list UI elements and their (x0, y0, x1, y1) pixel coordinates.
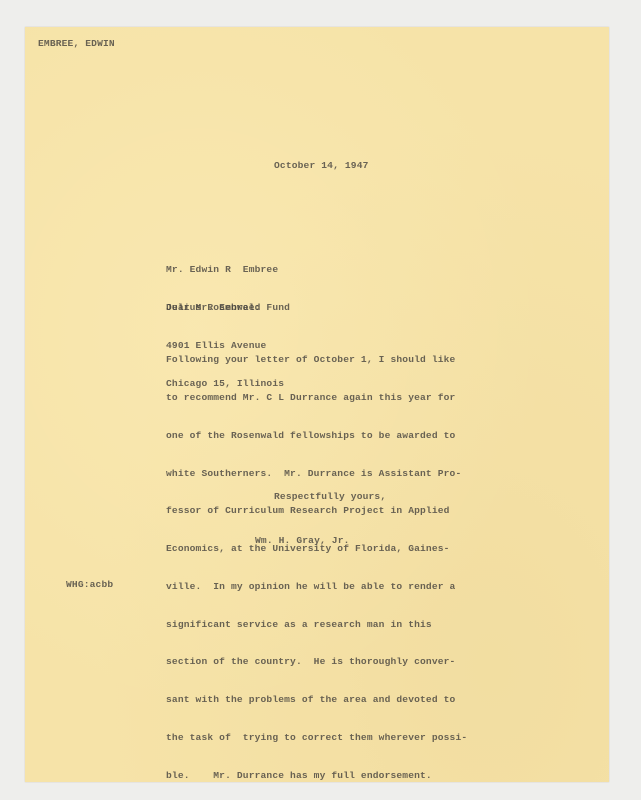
address-line: Mr. Edwin R Embree (166, 264, 290, 277)
body-line: significant service as a research man in… (166, 619, 467, 632)
reference-initials: WHG:acbb (66, 579, 113, 592)
body-line: section of the country. He is thoroughly… (166, 656, 467, 669)
body-line: fessor of Curriculum Research Project in… (166, 505, 467, 518)
body-line: Following your letter of October 1, I sh… (166, 354, 467, 367)
letter-page: EMBREE, EDWIN October 14, 1947 Mr. Edwin… (25, 27, 609, 782)
signature: Wm. H. Gray, Jr. (255, 535, 350, 548)
closing: Respectfully yours, (274, 491, 386, 504)
letter-body: Following your letter of October 1, I sh… (166, 329, 467, 800)
body-line: ble. Mr. Durrance has my full endorsemen… (166, 770, 467, 783)
body-line: one of the Rosenwald fellowships to be a… (166, 430, 467, 443)
body-line: white Southerners. Mr. Durrance is Assis… (166, 468, 467, 481)
letter-date: October 14, 1947 (274, 160, 369, 173)
body-line: ville. In my opinion he will be able to … (166, 581, 467, 594)
body-line: to recommend Mr. C L Durrance again this… (166, 392, 467, 405)
file-label: EMBREE, EDWIN (38, 38, 115, 51)
body-line: sant with the problems of the area and d… (166, 694, 467, 707)
body-line: the task of trying to correct them where… (166, 732, 467, 745)
salutation: Dear Mr. Embree: (166, 302, 261, 315)
